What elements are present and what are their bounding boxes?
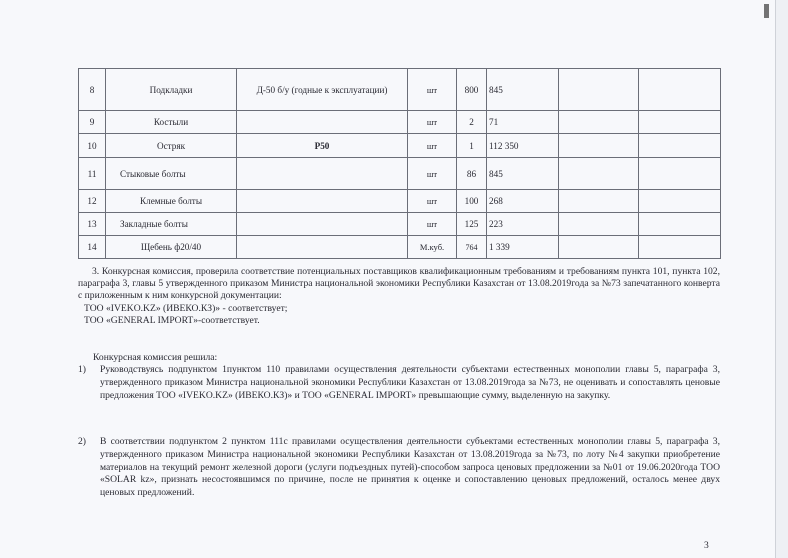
amount-cell: 71 xyxy=(487,111,559,134)
decision-item-1: 1) Руководствуясь подпунктом 1пунктом 11… xyxy=(78,364,720,402)
document-page: 8ПодкладкиД-50 б/у (годные к эксплуатаци… xyxy=(0,0,776,558)
page-corner-mark xyxy=(764,4,769,18)
quantity-cell: 86 xyxy=(457,158,487,190)
supplier-general-import-status: ТОО «GENERAL IMPORT»-соответствует. xyxy=(78,315,720,327)
amount-cell: 223 xyxy=(487,213,559,236)
item-name-cell: Клемные болты xyxy=(106,190,237,213)
empty-cell xyxy=(639,158,721,190)
empty-cell xyxy=(639,190,721,213)
quantity-cell: 100 xyxy=(457,190,487,213)
item-name-cell: Закладные болты xyxy=(106,213,237,236)
row-number-cell: 11 xyxy=(79,158,106,190)
item-spec-cell: Д-50 б/у (годные к эксплуатации) xyxy=(237,69,408,111)
empty-cell xyxy=(559,158,639,190)
row-number-cell: 13 xyxy=(79,213,106,236)
table-row: 12Клемные болтышт100268 xyxy=(79,190,721,213)
item-name-cell: Щебень ф20/40 xyxy=(106,236,237,259)
quantity-cell: 800 xyxy=(457,69,487,111)
item-name-cell: Остряк xyxy=(106,134,237,158)
item-spec-cell xyxy=(237,236,408,259)
row-number-cell: 8 xyxy=(79,69,106,111)
empty-cell xyxy=(639,134,721,158)
unit-cell: шт xyxy=(408,190,457,213)
quantity-cell: 764 xyxy=(457,236,487,259)
decision-item-number: 2) xyxy=(78,436,98,449)
unit-cell: М.куб. xyxy=(408,236,457,259)
empty-cell xyxy=(559,111,639,134)
amount-cell: 845 xyxy=(487,69,559,111)
item-name-cell: Стыковые болты xyxy=(106,158,237,190)
decision-item-text: Руководствуясь подпунктом 1пунктом 110 п… xyxy=(100,364,720,402)
item-spec-cell xyxy=(237,190,408,213)
amount-cell: 268 xyxy=(487,190,559,213)
decision-item-number: 1) xyxy=(78,364,98,377)
table-row: 10ОстрякР50шт1112 350 xyxy=(79,134,721,158)
row-number-cell: 12 xyxy=(79,190,106,213)
unit-cell: шт xyxy=(408,213,457,236)
amount-cell: 845 xyxy=(487,158,559,190)
amount-cell: 1 339 xyxy=(487,236,559,259)
empty-cell xyxy=(559,190,639,213)
item-name-cell: Костыли xyxy=(106,111,237,134)
item-spec-cell xyxy=(237,158,408,190)
section-3-text: 3. Конкурсная комиссия, проверила соотве… xyxy=(78,266,720,303)
quantity-cell: 125 xyxy=(457,213,487,236)
empty-cell xyxy=(559,236,639,259)
page-number: 3 xyxy=(704,540,709,551)
table-row: 11Стыковые болтышт86845 xyxy=(79,158,721,190)
empty-cell xyxy=(639,236,721,259)
row-number-cell: 14 xyxy=(79,236,106,259)
quantity-cell: 2 xyxy=(457,111,487,134)
empty-cell xyxy=(559,134,639,158)
section-3-paragraph: 3. Конкурсная комиссия, проверила соотве… xyxy=(78,266,720,327)
decision-item-2: 2) В соответствии подпунктом 2 пунктом 1… xyxy=(78,436,720,500)
unit-cell: шт xyxy=(408,111,457,134)
decision-heading: Конкурсная комиссия решила: xyxy=(93,352,217,363)
empty-cell xyxy=(639,69,721,111)
empty-cell xyxy=(639,111,721,134)
item-name-cell: Подкладки xyxy=(106,69,237,111)
item-spec-cell: Р50 xyxy=(237,134,408,158)
empty-cell xyxy=(559,213,639,236)
item-spec-cell xyxy=(237,213,408,236)
unit-cell: шт xyxy=(408,134,457,158)
row-number-cell: 10 xyxy=(79,134,106,158)
amount-cell: 112 350 xyxy=(487,134,559,158)
unit-cell: шт xyxy=(408,158,457,190)
table-row: 14Щебень ф20/40М.куб.7641 339 xyxy=(79,236,721,259)
table-row: 9Костылишт271 xyxy=(79,111,721,134)
row-number-cell: 9 xyxy=(79,111,106,134)
unit-cell: шт xyxy=(408,69,457,111)
empty-cell xyxy=(639,213,721,236)
table-row: 8ПодкладкиД-50 б/у (годные к эксплуатаци… xyxy=(79,69,721,111)
materials-table: 8ПодкладкиД-50 б/у (годные к эксплуатаци… xyxy=(78,68,721,259)
decision-item-text: В соответствии подпунктом 2 пунктом 111с… xyxy=(100,436,720,500)
item-spec-cell xyxy=(237,111,408,134)
quantity-cell: 1 xyxy=(457,134,487,158)
empty-cell xyxy=(559,69,639,111)
table-row: 13Закладные болтышт125223 xyxy=(79,213,721,236)
supplier-iveko-status: ТОО «IVEKO.KZ» (ИВЕКО.КЗ)» - соответству… xyxy=(78,303,720,315)
